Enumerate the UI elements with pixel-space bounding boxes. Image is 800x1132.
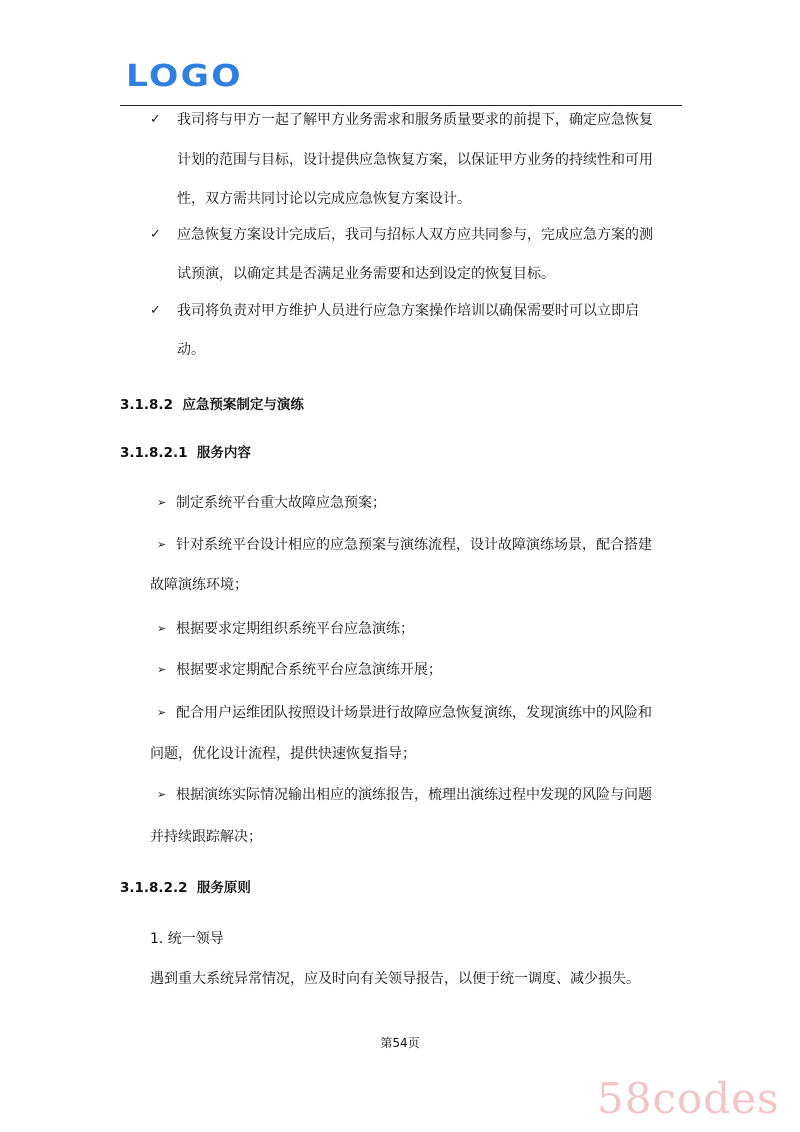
arrow-bullet-icon: ➢ [157,660,166,680]
section-heading-31821: 3.1.8.2.1 服务内容 [120,443,251,463]
section-number: 3.1.8.2 [120,397,173,413]
header-divider [120,105,682,106]
check-icon: ✓ [150,225,161,245]
list-item-cont: 故障演练环境； [150,575,248,595]
list-item: 配合用户运维团队按照设计场景进行故障应急恢复演练，发现演练中的风险和 [176,703,652,723]
principle-title: 1. 统一领导 [150,929,224,949]
paragraph-line: 我司将负责对甲方维护人员进行应急方案操作培训以确保需要时可以立即启 [177,301,639,321]
arrow-bullet-icon: ➢ [157,493,166,513]
list-item: 根据演练实际情况输出相应的演练报告，梳理出演练过程中发现的风险与问题 [176,785,652,805]
page-number: 第54页 [0,1034,800,1051]
section-heading-31822: 3.1.8.2.2 服务原则 [120,878,251,898]
list-item-cont: 问题，优化设计流程，提供快速恢复指导； [150,744,416,764]
arrow-bullet-icon: ➢ [157,535,166,555]
paragraph-line: 应急恢复方案设计完成后，我司与招标人双方应共同参与，完成应急方案的测 [177,225,653,245]
section-title: 服务内容 [197,445,251,461]
list-item: 根据要求定期配合系统平台应急演练开展； [176,660,442,680]
paragraph-line: 性，双方需共同讨论以完成应急恢复方案设计。 [177,189,471,209]
principle-body: 遇到重大系统异常情况，应及时向有关领导报告，以便于统一调度、减少损失。 [150,969,640,989]
list-item: 根据要求定期组织系统平台应急演练； [176,619,414,639]
section-title: 服务原则 [197,880,251,896]
section-heading-3182: 3.1.8.2 应急预案制定与演练 [120,395,304,415]
paragraph-line: 我司将与甲方一起了解甲方业务需求和服务质量要求的前提下，确定应急恢复 [177,110,653,130]
list-item-cont: 并持续跟踪解决； [150,827,262,847]
check-icon: ✓ [150,301,161,321]
section-number: 3.1.8.2.1 [120,445,187,461]
paragraph-line: 计划的范围与目标，设计提供应急恢复方案，以保证甲方业务的持续性和可用 [177,150,653,170]
paragraph-line: 动。 [177,340,205,360]
watermark: 58codes [597,1078,780,1120]
list-item: 针对系统平台设计相应的应急预案与演练流程，设计故障演练场景，配合搭建 [176,535,652,555]
arrow-bullet-icon: ➢ [157,785,166,805]
check-icon: ✓ [150,110,161,130]
logo: LOGO [126,62,243,92]
list-item: 制定系统平台重大故障应急预案； [176,493,386,513]
arrow-bullet-icon: ➢ [157,703,166,723]
section-title: 应急预案制定与演练 [182,397,304,413]
paragraph-line: 试预演，以确定其是否满足业务需要和达到设定的恢复目标。 [177,264,555,284]
section-number: 3.1.8.2.2 [120,880,187,896]
arrow-bullet-icon: ➢ [157,619,166,639]
